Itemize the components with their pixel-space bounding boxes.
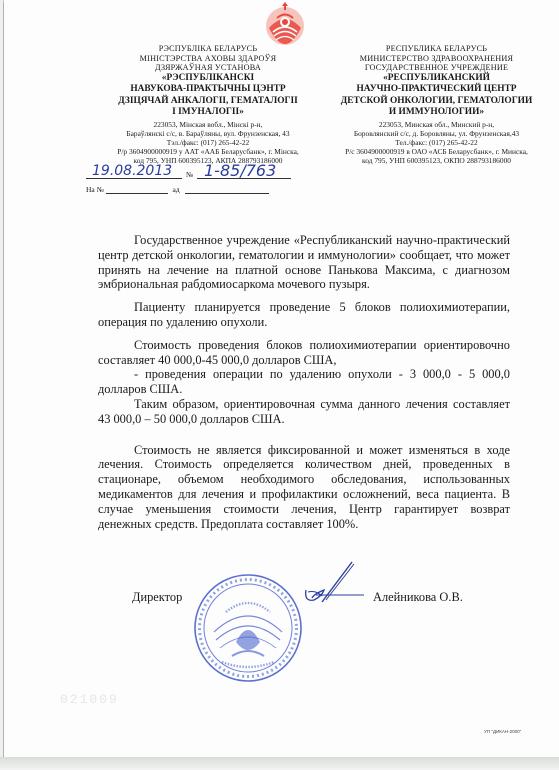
belarus-emblem-icon (263, 2, 307, 46)
address-line: Тел./факс: (017) 265-42-22 (314, 138, 559, 147)
address-line: 223053, Минская обл., Минский р-н, (314, 120, 559, 129)
reference-line: На № ад (86, 184, 269, 194)
address-line: Р/р 3604900000919 у ААТ «ААБ Беларусбанк… (88, 147, 328, 156)
print-mark: УП "ДИКАН-2000" (484, 729, 521, 734)
header-line: ГОСУДАРСТВЕННОЕ УЧРЕЖДЕНИЕ (314, 63, 559, 73)
letter-page: РЭСПУБЛIКА БЕЛАРУСЬ МIНIСТЭРСТВА АХОВЫ З… (4, 0, 559, 757)
ref-label: На № (86, 185, 104, 194)
serial-number: 021009 (60, 692, 119, 707)
header-line: МIНIСТЭРСТВА АХОВЫ ЗДАРОЎЯ (88, 54, 328, 64)
address-line: Р/с 3604900000919 в ОАО «АСБ Беларусбанк… (314, 147, 559, 156)
org-name-line: «РЭСПУБЛIКАНСКI (88, 73, 328, 84)
signatory-title: Директор (132, 590, 182, 605)
letter-body: Государственное учреждение «Республиканс… (98, 233, 510, 531)
address-line: Бараўлянскi с/с, в. Бараўляны, вул. Фрун… (88, 129, 328, 138)
address-line: 223053, Мiнская вобл., Мiнскi р-н, (88, 120, 328, 129)
signatory-name: Алейникова О.В. (373, 590, 463, 605)
header-line: РЭСПУБЛIКА БЕЛАРУСЬ (88, 44, 328, 54)
header-line: МИНИСТЕРСТВО ЗДРАВООХРАНЕНИЯ (314, 54, 559, 64)
paragraph: Таким образом, ориентировочная сумма дан… (98, 397, 510, 427)
header-russian: РЕСПУБЛИКА БЕЛАРУСЬ МИНИСТЕРСТВО ЗДРАВОО… (314, 44, 559, 165)
official-stamp-icon (192, 572, 304, 684)
director-signature-icon (302, 560, 366, 610)
address-block: 223053, Минская обл., Минский р-н, Боров… (314, 120, 559, 165)
ref-number-field (106, 184, 168, 194)
header-belarusian: РЭСПУБЛIКА БЕЛАРУСЬ МIНIСТЭРСТВА АХОВЫ З… (88, 44, 328, 165)
paragraph: - проведения операции по удалению опухол… (98, 367, 510, 397)
org-name-line: ДЗIЦЯЧАЙ АНКАЛОГII, ГЕМАТАЛОГII (88, 96, 328, 107)
header-line: ДЗЯРЖАЎНАЯ УСТАНОВА (88, 63, 328, 73)
org-name-line: I IМУНАЛОГII» (88, 107, 328, 118)
number-label: № (186, 170, 193, 179)
address-line: Боровлянский с/с, д. Боровляны, ул. Фрун… (314, 129, 559, 138)
ref-from-label: ад (173, 185, 180, 194)
header-line: РЕСПУБЛИКА БЕЛАРУСЬ (314, 44, 559, 54)
paragraph: Государственное учреждение «Республиканс… (98, 233, 510, 292)
paragraph: Стоимость не является фиксированной и мо… (98, 443, 510, 532)
handwritten-date: 19.08.2013 (92, 163, 172, 179)
paragraph: Пациенту планируется проведение 5 блоков… (98, 300, 510, 330)
org-name-line: И ИММУНОЛОГИИ» (314, 107, 559, 118)
org-name-line: НАУЧНО-ПРАКТИЧЕСКИЙ ЦЕНТР (314, 84, 559, 95)
handwritten-number: 1-85/763 (204, 161, 276, 180)
org-name-line: «РЕСПУБЛИКАНСКИЙ (314, 73, 559, 84)
address-line: Тэл./факс: (017) 265-42-22 (88, 138, 328, 147)
ref-date-field (185, 184, 269, 194)
address-block: 223053, Мiнская вобл., Мiнскi р-н, Бараў… (88, 120, 328, 165)
scan-edge (0, 757, 559, 770)
address-line: код 795, УНП 600395123, ОКПО 28879318600… (314, 156, 559, 165)
paragraph: Стоимость проведения блоков полиохимиоте… (98, 338, 510, 368)
org-name-line: ДЕТСКОЙ ОНКОЛОГИИ, ГЕМАТОЛОГИИ (314, 96, 559, 107)
org-name-line: НАВУКОВА-ПРАКТЫЧНЫ ЦЭНТР (88, 84, 328, 95)
